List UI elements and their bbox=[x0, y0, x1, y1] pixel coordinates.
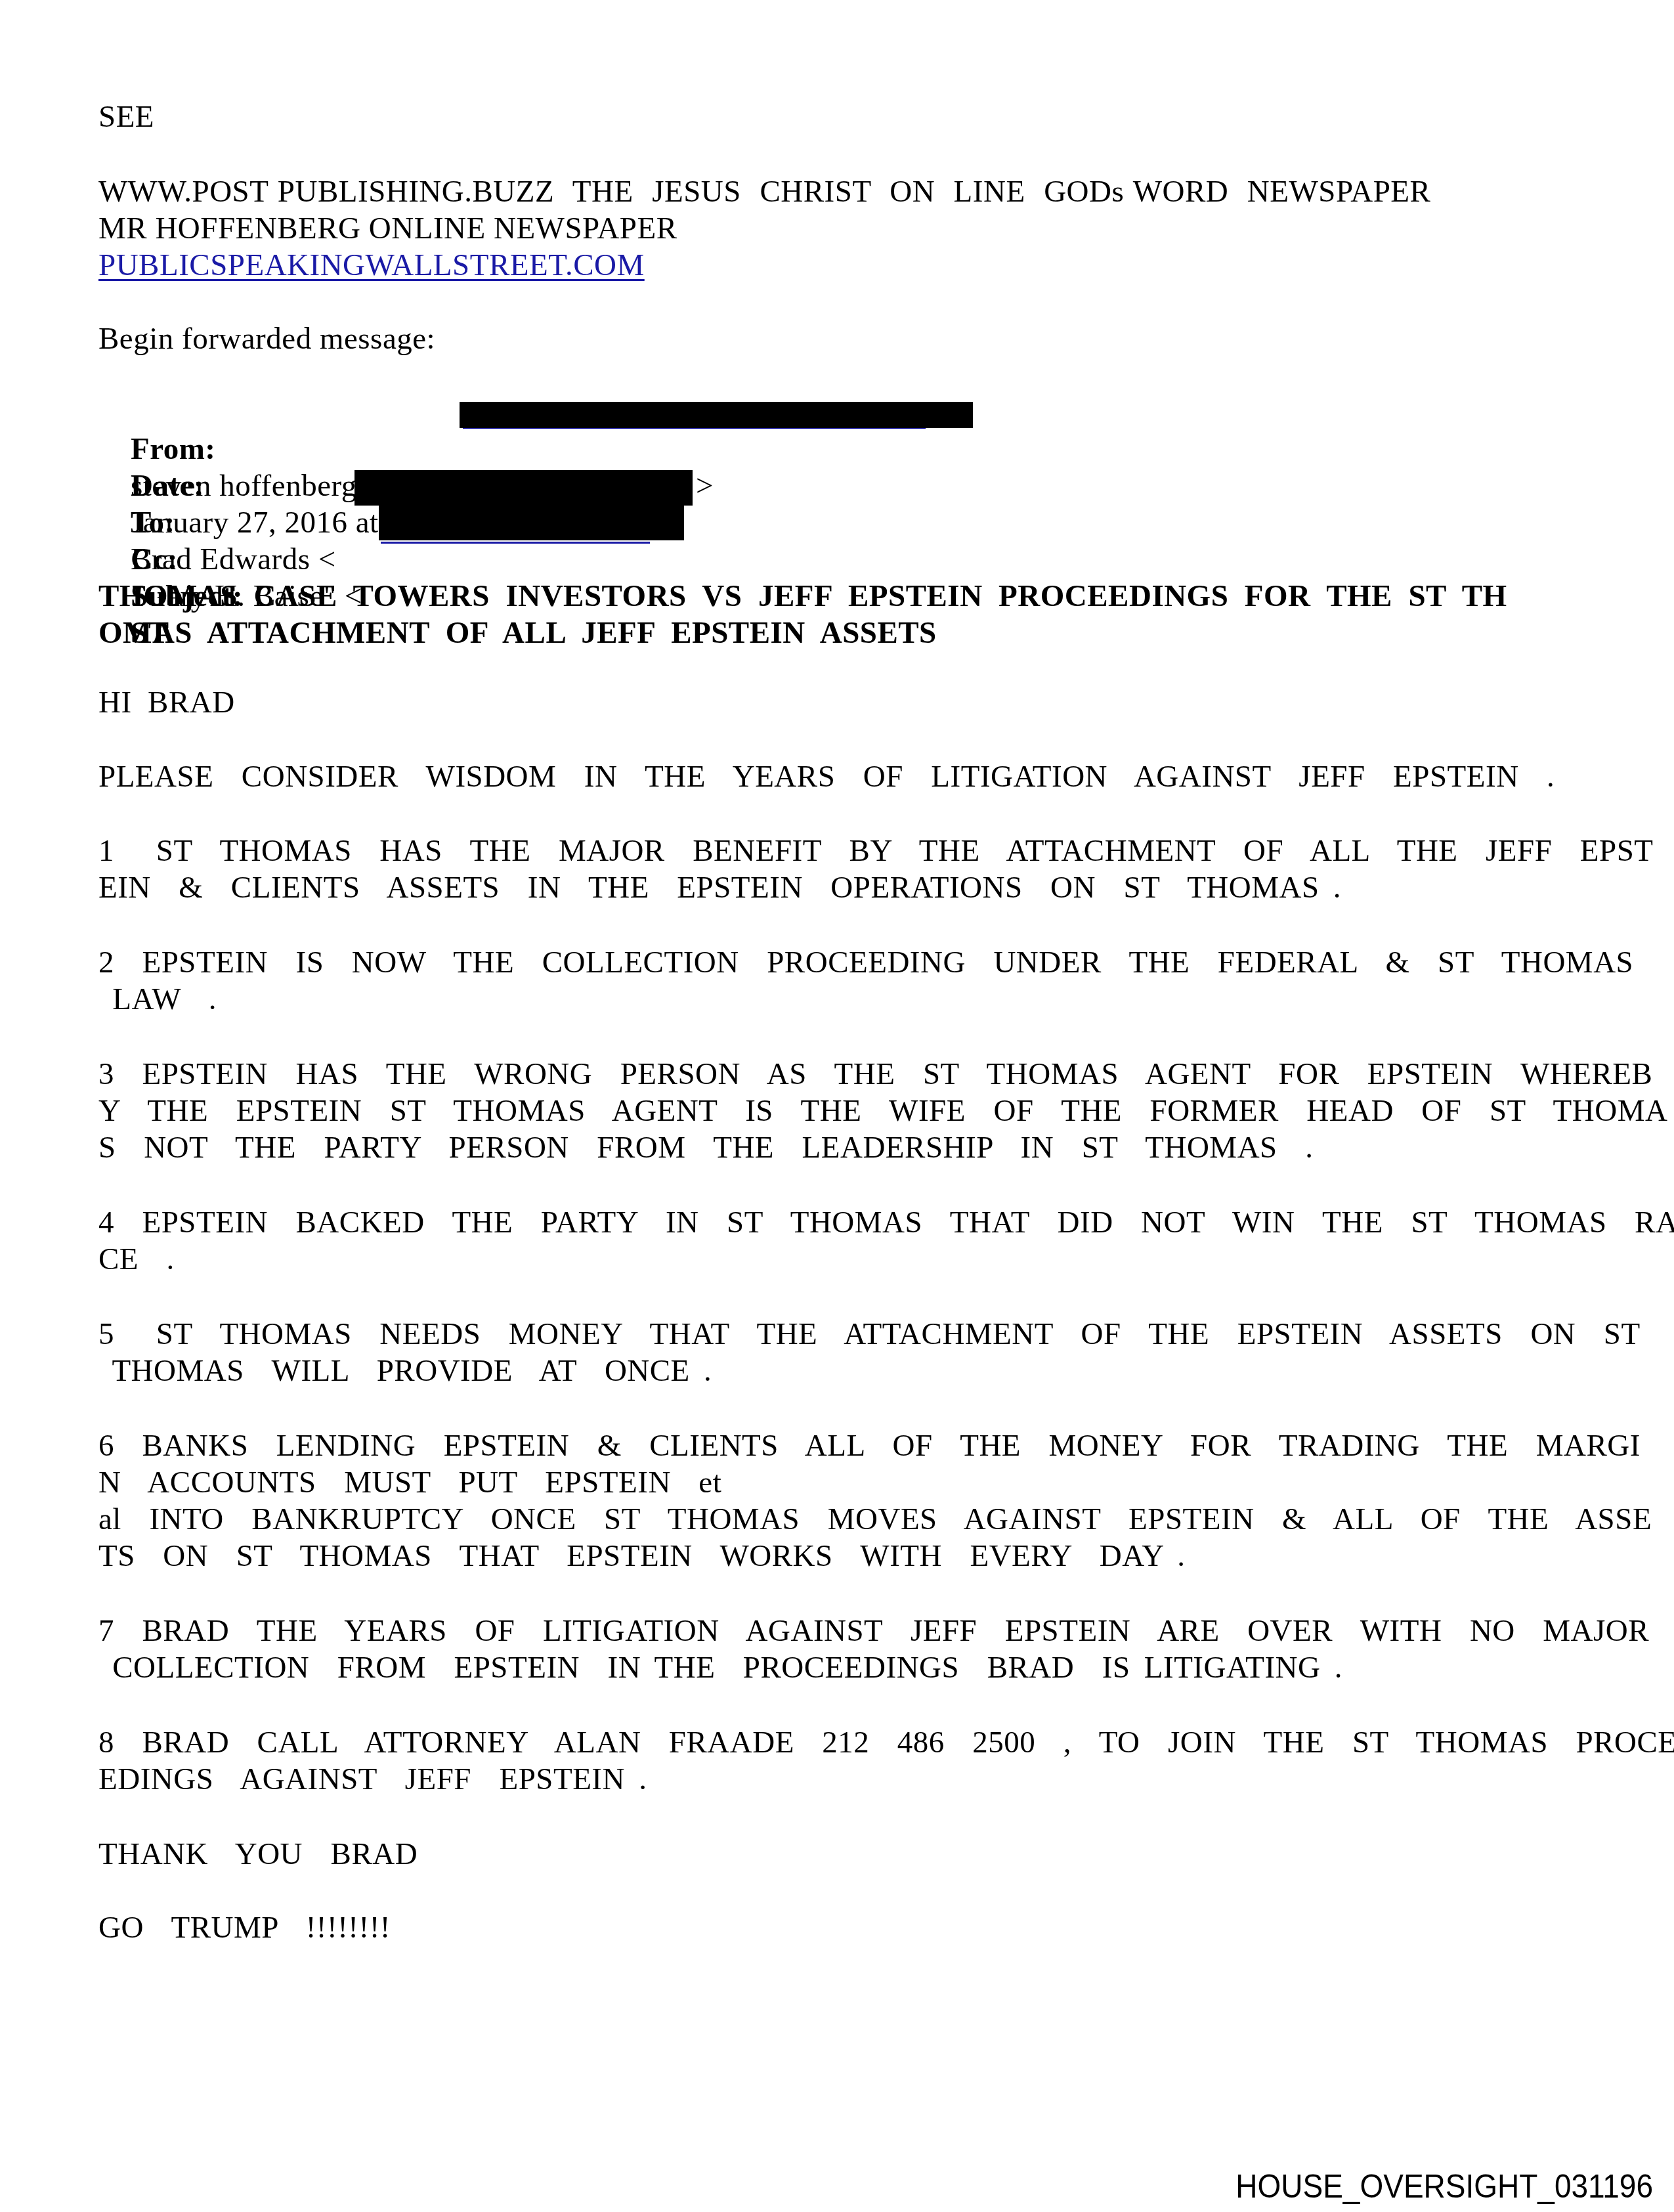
bates-number: HOUSE_OVERSIGHT_031196 bbox=[1235, 2167, 1653, 2205]
to-close-bracket: > bbox=[696, 467, 714, 504]
newspaper-line: WWW.POST PUBLISHING.BUZZ THE JESUS CHRIS… bbox=[98, 173, 1430, 210]
point-5-line-2: THOMAS WILL PROVIDE AT ONCE . bbox=[98, 1353, 712, 1389]
see-text: SEE bbox=[98, 98, 154, 135]
intro-paragraph: PLEASE CONSIDER WISDOM IN THE YEARS OF L… bbox=[98, 758, 1555, 795]
point-7-line-1: 7 BRAD THE YEARS OF LITIGATION AGAINST J… bbox=[98, 1613, 1649, 1649]
point-3-line-1: 3 EPSTEIN HAS THE WRONG PERSON AS THE ST… bbox=[98, 1056, 1652, 1093]
online-newspaper-line: MR HOFFENBERG ONLINE NEWSPAPER bbox=[98, 210, 677, 247]
point-3-line-2: Y THE EPSTEIN ST THOMAS AGENT IS THE WIF… bbox=[98, 1093, 1667, 1129]
point-8-line-2: EDINGS AGAINST JEFF EPSTEIN . bbox=[98, 1761, 647, 1798]
point-6-line-1: 6 BANKS LENDING EPSTEIN & CLIENTS ALL OF… bbox=[98, 1427, 1641, 1464]
website-link[interactable]: PUBLICSPEAKINGWALLSTREET.COM bbox=[98, 247, 645, 284]
subject-line-1: THOMAS CASE TOWERS INVESTORS VS JEFF EPS… bbox=[98, 578, 1507, 615]
point-6-line-4: TS ON ST THOMAS THAT EPSTEIN WORKS WITH … bbox=[98, 1538, 1186, 1574]
point-1-line-2: EIN & CLIENTS ASSETS IN THE EPSTEIN OPER… bbox=[98, 869, 1341, 906]
subject-line-2: OMAS ATTACHMENT OF ALL JEFF EPSTEIN ASSE… bbox=[98, 615, 937, 651]
forwarded-intro: Begin forwarded message: bbox=[98, 320, 435, 357]
point-4-line-2: CE . bbox=[98, 1241, 175, 1278]
point-6-line-3: al INTO BANKRUPTCY ONCE ST THOMAS MOVES … bbox=[98, 1501, 1652, 1538]
point-4-line-1: 4 EPSTEIN BACKED THE PARTY IN ST THOMAS … bbox=[98, 1204, 1674, 1241]
point-6-line-2: N ACCOUNTS MUST PUT EPSTEIN et bbox=[98, 1464, 721, 1501]
point-2-line-1: 2 EPSTEIN IS NOW THE COLLECTION PROCEEDI… bbox=[98, 944, 1633, 981]
thanks-line: THANK YOU BRAD bbox=[98, 1836, 418, 1873]
point-5-line-1: 5 ST THOMAS NEEDS MONEY THAT THE ATTACHM… bbox=[98, 1316, 1641, 1353]
point-8-line-1: 8 BRAD CALL ATTORNEY ALAN FRAADE 212 486… bbox=[98, 1724, 1674, 1761]
signoff-line: GO TRUMP !!!!!!!! bbox=[98, 1909, 391, 1946]
point-3-line-3: S NOT THE PARTY PERSON FROM THE LEADERSH… bbox=[98, 1129, 1314, 1166]
redaction-to-email bbox=[354, 470, 693, 506]
cc-email-link-underline bbox=[381, 542, 650, 544]
point-1-line-1: 1 ST THOMAS HAS THE MAJOR BENEFIT BY THE… bbox=[98, 833, 1654, 869]
redaction-from-email bbox=[460, 402, 973, 428]
point-2-line-2: LAW . bbox=[98, 981, 217, 1018]
redaction-cc-email bbox=[379, 504, 684, 540]
point-7-line-2: COLLECTION FROM EPSTEIN IN THE PROCEEDIN… bbox=[98, 1649, 1342, 1686]
greeting: HI BRAD bbox=[98, 684, 235, 721]
